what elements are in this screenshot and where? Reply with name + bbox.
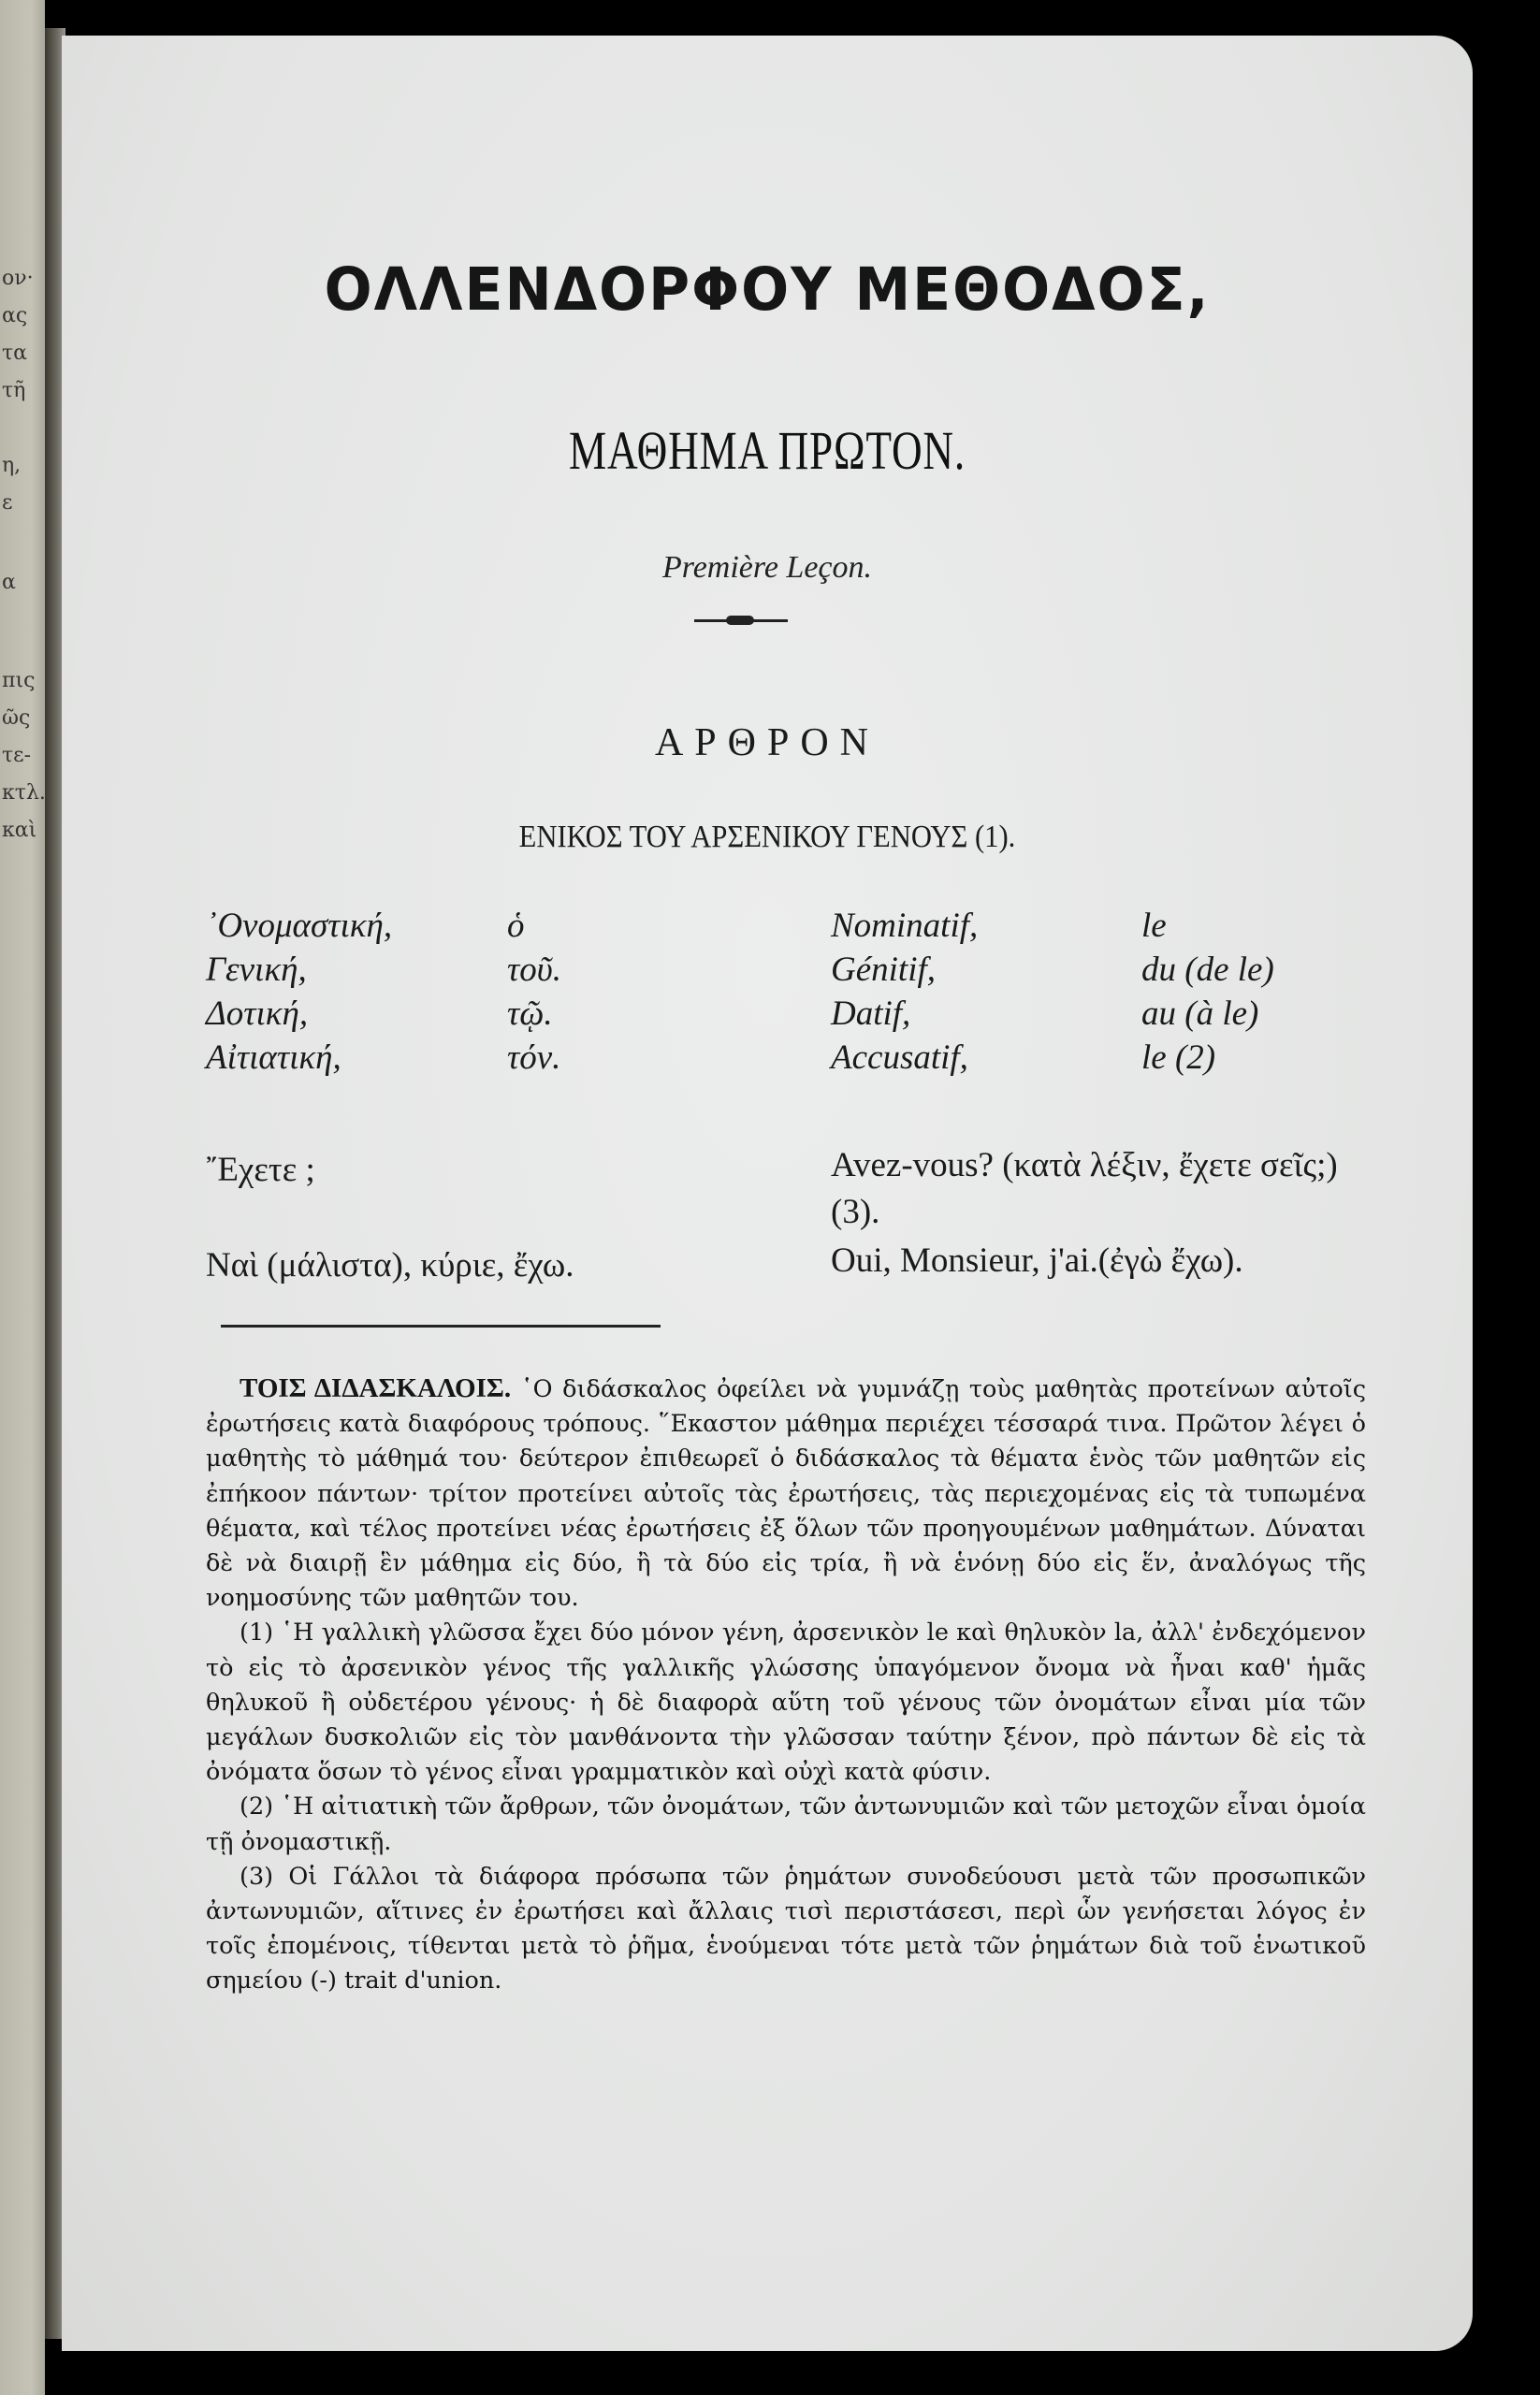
declension-row: Αἰτιατική, τόν. Accusatif, le (2) [206, 1038, 1385, 1081]
teachers-note: ΤΟΙΣ ΔΙΔΑΣΚΑΛΟΙΣ. ῾Ο διδάσκαλος ὀφείλει … [206, 1372, 1366, 1616]
previous-page-fragment: τα [2, 341, 27, 365]
phrase-french: Oui, Monsieur, j'ai.(ἐγὼ ἔχω). [831, 1238, 1364, 1285]
previous-page-fragment: η, [2, 454, 21, 477]
declension-table: ᾿Ονομαστική, ὁ Nominatif, le Γενική, τοῦ… [206, 906, 1385, 1081]
notes-section: ΤΟΙΣ ΔΙΔΑΣΚΑΛΟΙΣ. ῾Ο διδάσκαλος ὀφείλει … [206, 1372, 1366, 1999]
french-case: Nominatif, [831, 906, 978, 946]
book-title: ΟΛΛΕΝΔΟΡΦΟΥ ΜΕΘΟΔΟΣ, [62, 255, 1473, 325]
french-article: du (de le) [1141, 950, 1274, 990]
previous-page-fragment: τε- [2, 744, 31, 767]
previous-page-fragment: πις [2, 669, 35, 692]
previous-page-fragment: ε [2, 491, 12, 515]
french-case: Accusatif, [831, 1038, 968, 1078]
greek-article: τόν. [507, 1038, 560, 1078]
previous-page-fragment: τῆ [2, 379, 25, 402]
french-case: Datif, [831, 994, 910, 1034]
greek-case: ᾿Ονομαστική, [206, 906, 392, 946]
footnote-2: (2) ῾Η αἰτιατικὴ τῶν ἄρθρων, τῶν ὀνομάτω… [206, 1790, 1366, 1859]
book-page: ΟΛΛΕΝΔΟΡΦΟΥ ΜΕΘΟΔΟΣ, ΜΑΘΗΜΑ ΠΡΩΤΟΝ. Prem… [62, 36, 1473, 2351]
greek-article: τῷ. [507, 994, 553, 1034]
greek-article: ὁ [507, 906, 525, 946]
previous-page-fragment: α [2, 571, 16, 594]
declension-row: ᾿Ονομαστική, ὁ Nominatif, le [206, 906, 1385, 950]
phrase-french: Avez-vous? (κατὰ λέξιν, ἔχετε σεῖς;) (3)… [831, 1142, 1364, 1236]
french-article: le (2) [1141, 1038, 1215, 1078]
previous-page-fragment: καὶ [2, 819, 36, 842]
french-case: Génitif, [831, 950, 936, 990]
lesson-title: ΜΑΘΗΜΑ ΠΡΩΤΟΝ. [217, 419, 1317, 482]
section-subheading: ΕΝΙΚΟΣ ΤΟΥ ΑΡΣΕΝΙΚΟΥ ΓΕΝΟΥΣ (1). [132, 820, 1402, 855]
ornament-divider [694, 617, 788, 623]
previous-page-fragment: ῶς [2, 706, 30, 730]
greek-article: τοῦ. [507, 950, 561, 990]
greek-case: Δοτική, [206, 994, 308, 1034]
footnote-3: (3) Οἱ Γάλλοι τὰ διάφορα πρόσωπα τῶν ῥημ… [206, 1860, 1366, 1999]
greek-case: Αἰτιατική, [206, 1038, 341, 1078]
greek-case: Γενική, [206, 950, 307, 990]
previous-page-fragment: ον· [2, 267, 34, 290]
teachers-note-label: ΤΟΙΣ ΔΙΔΑΣΚΑΛΟΙΣ. [240, 1373, 511, 1403]
lesson-subtitle: Première Leçon. [62, 550, 1473, 586]
footnote-rule [221, 1325, 661, 1328]
footnote-1: (1) ῾Η γαλλικὴ γλῶσσα ἔχει δύο μόνον γέν… [206, 1616, 1366, 1790]
french-article: le [1141, 906, 1167, 946]
previous-page-edge: ον· ας τα τῆ η, ε α πις ῶς τε- κτλ. καὶ [0, 0, 45, 2395]
phrase-greek: Ναὶ (μάλιστα), κύριε, ἔχω. [206, 1245, 574, 1285]
section-heading: ΑΡΘΡΟΝ [62, 720, 1473, 765]
declension-row: Δοτική, τῷ. Datif, au (à le) [206, 994, 1385, 1038]
previous-page-fragment: κτλ. [2, 781, 45, 805]
french-article: au (à le) [1141, 994, 1258, 1034]
declension-row: Γενική, τοῦ. Génitif, du (de le) [206, 950, 1385, 994]
teachers-note-text: ῾Ο διδάσκαλος ὀφείλει νὰ γυμνάζῃ τοὺς μα… [206, 1375, 1366, 1612]
previous-page-fragment: ας [2, 304, 27, 327]
phrase-greek: ῎Εχετε ; [206, 1150, 315, 1190]
